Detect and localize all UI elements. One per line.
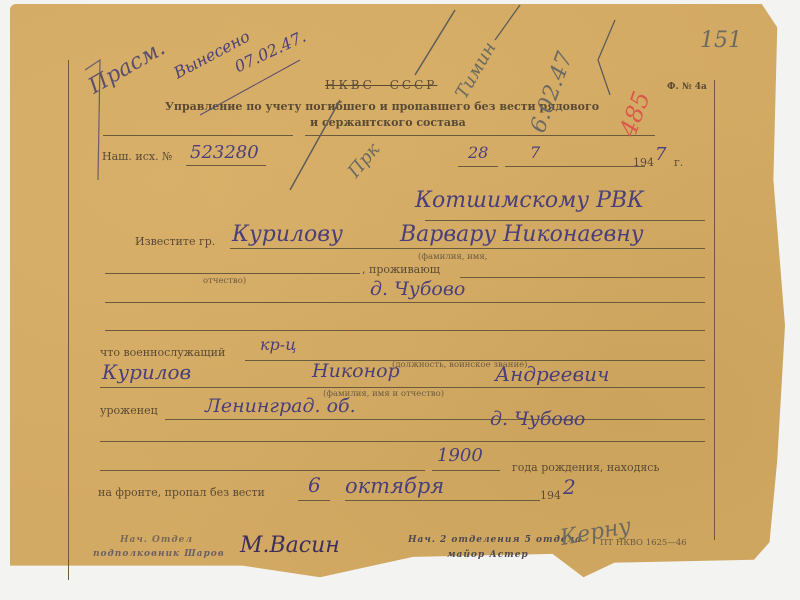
footer-stamp-right-2: майор Астер [447, 550, 529, 560]
date-day: 28 [468, 143, 488, 162]
right-margin-line [714, 80, 715, 540]
soldier-name: Никонор [312, 360, 400, 382]
year-suffix: г. [674, 156, 683, 169]
notify-label: Известите гр. [135, 235, 215, 248]
birth-year: 1900 [437, 445, 483, 466]
date-month: 7 [530, 143, 540, 162]
year-prefix: 194 [633, 156, 654, 169]
signature: М.Васин [240, 533, 340, 558]
page-number: 151 [700, 28, 742, 53]
serviceman-label: что военнослужащий [100, 346, 225, 359]
footer-stamp-right-1: Нач. 2 отделения 5 отдела [408, 535, 582, 545]
recipient-name-patronymic: Варвару Никонаевну [400, 222, 644, 247]
native-region: Ленинград. об. [205, 395, 356, 417]
birth-year-label: года рождения, находясь [512, 461, 659, 474]
missing-year-digit: 2 [563, 475, 576, 499]
left-margin-line [68, 60, 69, 580]
ref-number: 523280 [190, 142, 259, 163]
missing-day: 6 [308, 473, 321, 497]
date-year-digit: 7 [655, 144, 666, 165]
residing-label: , проживающ [362, 263, 440, 276]
footer-stamp-left-1: Нач. Отдел [120, 535, 193, 545]
soldier-patronymic: Андреевич [495, 362, 609, 386]
header-dept-line2: и сержантского состава [310, 116, 466, 129]
missing-month: октября [345, 474, 444, 498]
recipient-above: Котшимскому РВК [415, 188, 644, 213]
rank: кр-ц [260, 335, 296, 354]
form-number: Ф. № 4а [667, 82, 707, 92]
soldier-surname: Курилов [102, 360, 191, 384]
native-village: д. Чубово [490, 408, 585, 430]
residence: д. Чубово [370, 278, 465, 300]
hint-patronymic: отчество) [203, 276, 246, 286]
recipient-surname: Курилову [232, 222, 343, 247]
missing-year-prefix: 194 [540, 489, 561, 502]
header-org: НКВС—СССР [325, 78, 437, 92]
footer-stamp-left-2: подполковник Шаров [93, 549, 225, 559]
hint-fio: (фамилия, имя, [418, 252, 488, 262]
ref-label: Наш. исх. № [102, 150, 172, 163]
native-label: уроженец [100, 404, 158, 417]
front-label: на фронте, пропал без вести [98, 486, 265, 499]
